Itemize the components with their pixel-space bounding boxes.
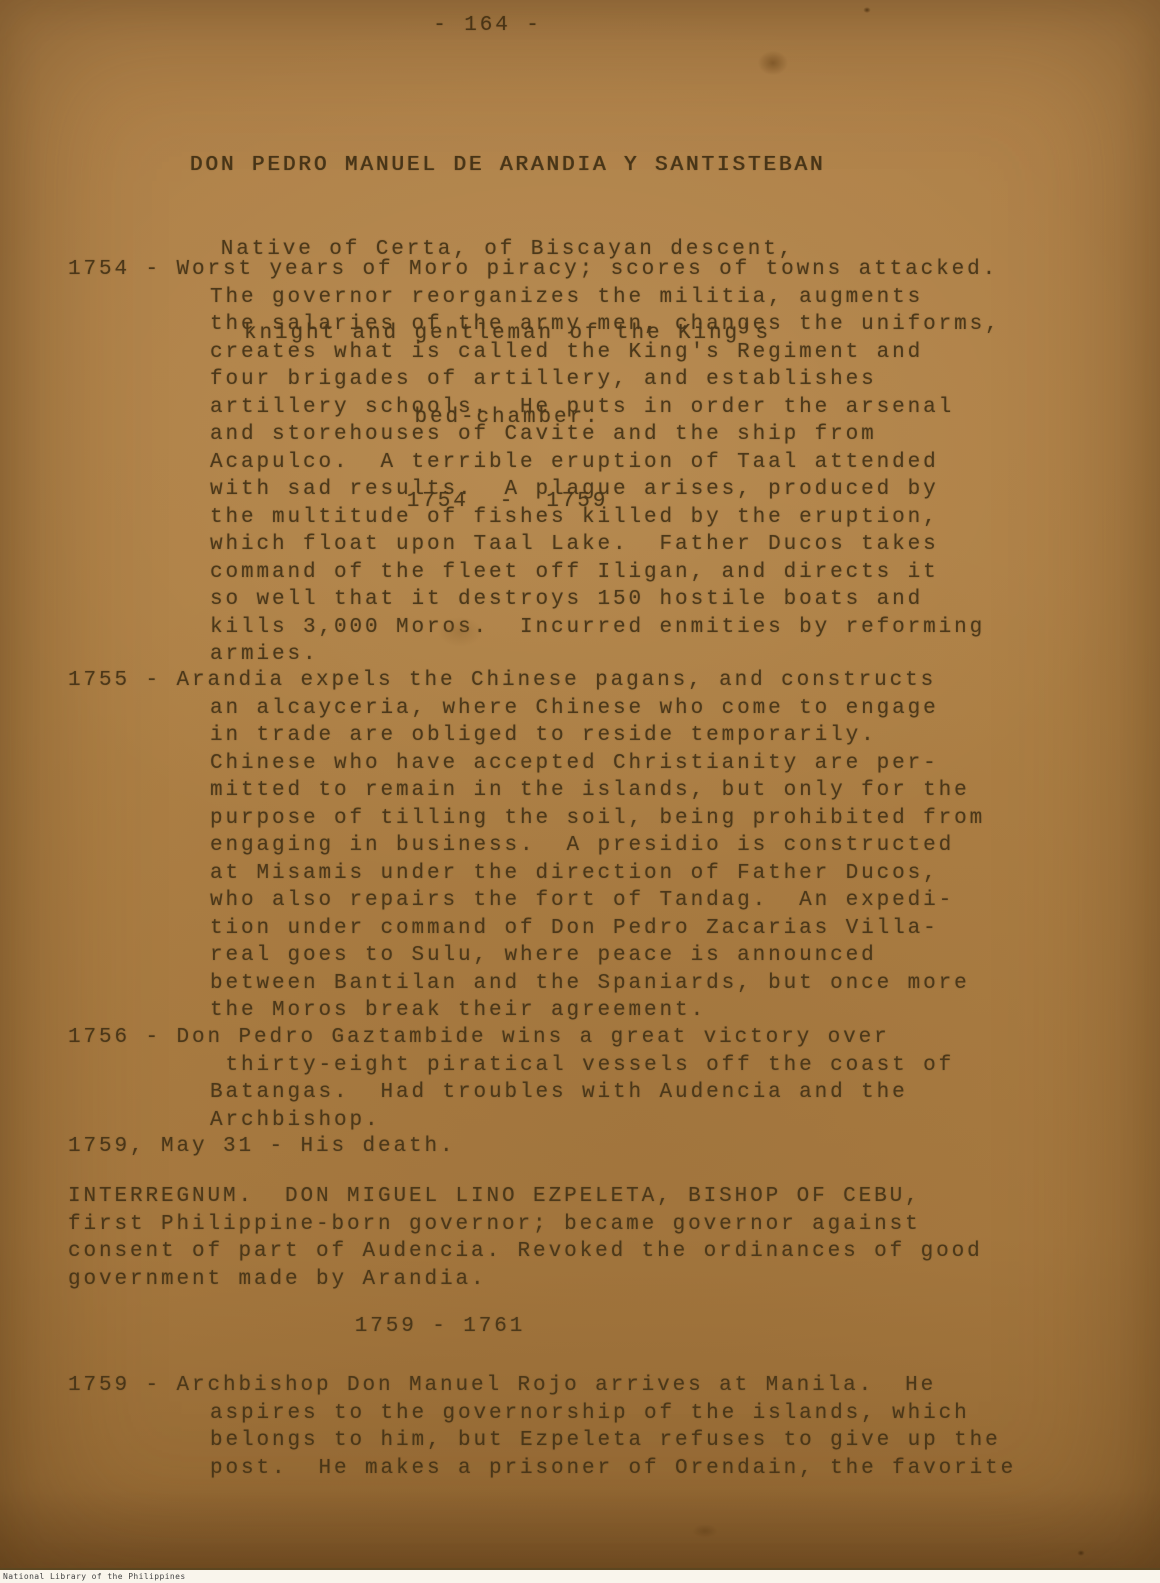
entry-1754: 1754 - Worst years of Moro piracy; score… bbox=[68, 256, 1090, 669]
death-line-1759: 1759, May 31 - His death. bbox=[68, 1133, 1078, 1161]
document-page: - 164 - DON PEDRO MANUEL DE ARANDIA Y SA… bbox=[0, 0, 1160, 1583]
ink-speck bbox=[1076, 1549, 1086, 1557]
scan-footer-strip: National Library of the Philippines bbox=[0, 1568, 1160, 1583]
page-edge-shadow bbox=[0, 1490, 1160, 1570]
entry-1755: 1755 - Arandia expels the Chinese pagans… bbox=[68, 667, 1090, 1025]
paper-smudge bbox=[752, 46, 794, 80]
title-line-name: DON PEDRO MANUEL DE ARANDIA Y SANTISTEBA… bbox=[0, 152, 1015, 180]
page-number: - 164 - bbox=[0, 12, 975, 40]
section-heading-1759-1761: 1759 - 1761 bbox=[0, 1313, 880, 1341]
interregnum-paragraph: INTERREGNUM. DON MIGUEL LINO EZPELETA, B… bbox=[68, 1183, 1078, 1293]
library-watermark: National Library of the Philippines bbox=[3, 1572, 186, 1581]
entry-1759: 1759 - Archbishop Don Manuel Rojo arrive… bbox=[68, 1372, 1090, 1482]
entry-1756: 1756 - Don Pedro Gaztambide wins a great… bbox=[68, 1024, 1090, 1134]
paper-smudge bbox=[688, 1522, 722, 1540]
